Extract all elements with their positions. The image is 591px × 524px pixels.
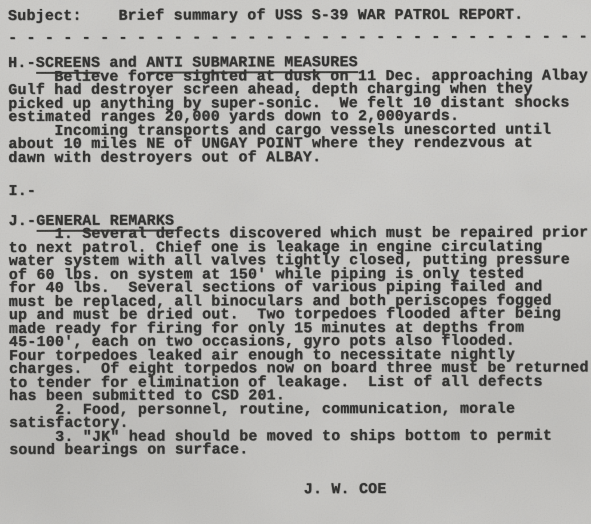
- separator-dashes: - - - - - - - - - - - - - - - - - - - - …: [8, 30, 583, 45]
- body-line: dawn with destroyers out of ALBAY.: [8, 150, 583, 165]
- document-text-block: Subject: Brief summary of USS S-39 WAR P…: [0, 0, 591, 524]
- signature-line: J. W. COE: [9, 482, 584, 497]
- section-heading-i: I.-: [8, 183, 583, 198]
- subject-line: Subject: Brief summary of USS S-39 WAR P…: [8, 8, 583, 23]
- scanned-document-page: { "page": { "paper_color": "#c9c8c5", "i…: [0, 0, 591, 524]
